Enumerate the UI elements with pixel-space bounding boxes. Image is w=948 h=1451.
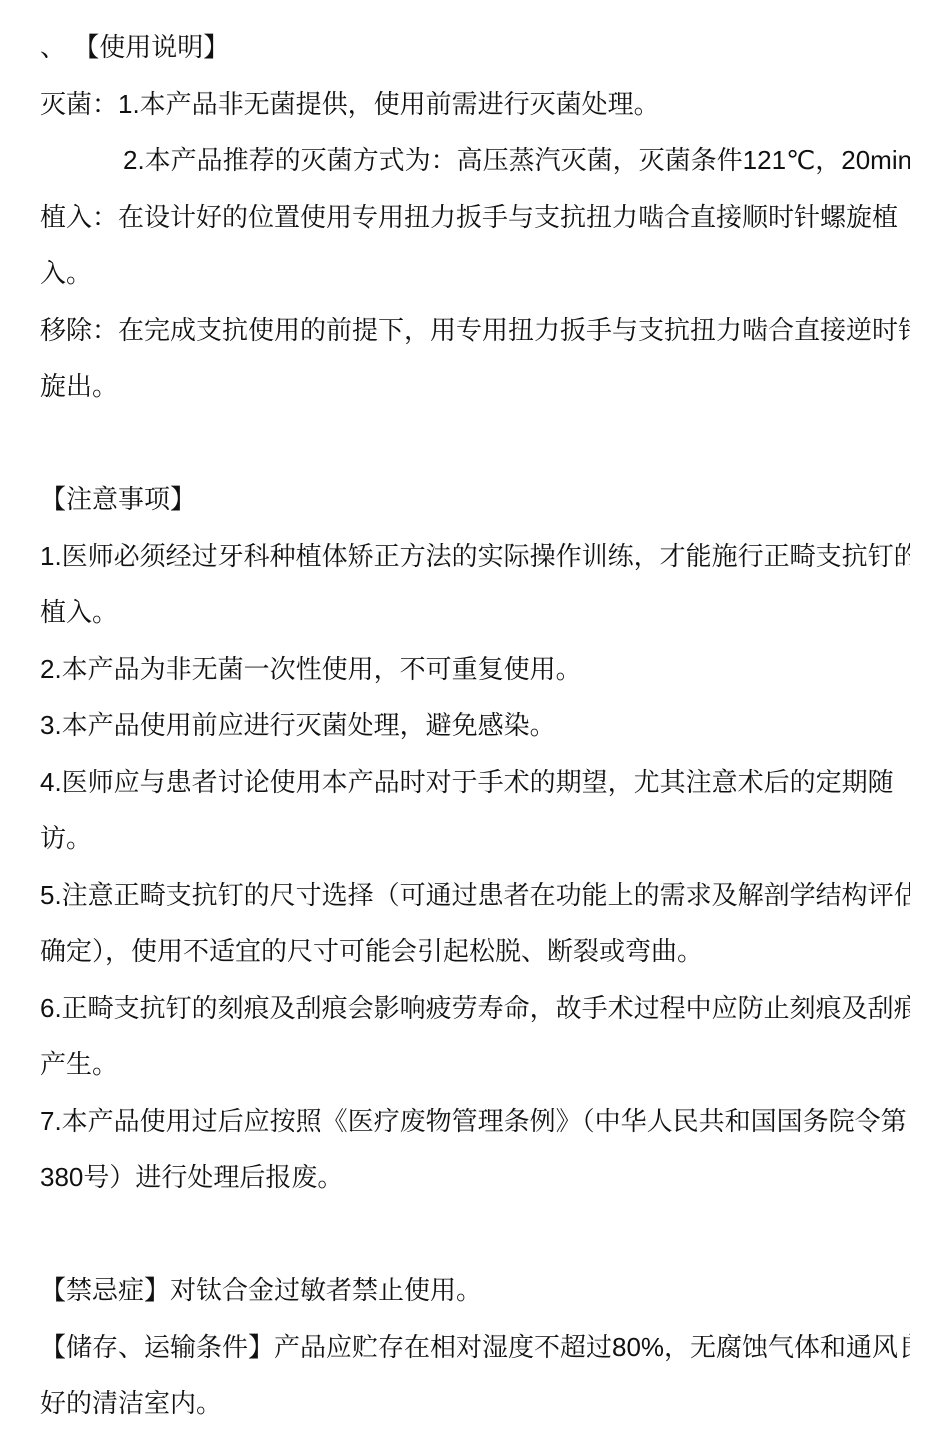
precaution-7-line-1: 7.本产品使用过后应按照《医疗废物管理条例》（中华人民共和国国务院令第 [40, 1093, 910, 1150]
contraindications-line: 【禁忌症】对钛合金过敏者禁止使用。 [40, 1262, 910, 1319]
precaution-6-line-1: 6.正畸支抗钉的刻痕及刮痕会影响疲劳寿命，故手术过程中应防止刻痕及刮痕 [40, 980, 910, 1037]
precaution-7-line-2: 380号）进行处理后报废。 [40, 1149, 910, 1206]
precaution-3: 3.本产品使用前应进行灭菌处理，避免感染。 [40, 697, 910, 754]
usage-line-implant-2: 入。 [40, 245, 910, 302]
precaution-1-line-2: 植入。 [40, 584, 910, 641]
usage-line-removal-2: 旋出。 [40, 358, 910, 415]
blank-line [40, 1206, 910, 1263]
storage-line-1: 【储存、运输条件】产品应贮存在相对湿度不超过80%，无腐蚀气体和通风良 [40, 1319, 910, 1376]
precaution-6-line-2: 产生。 [40, 1036, 910, 1093]
precaution-5-line-2: 确定），使用不适宜的尺寸可能会引起松脱、断裂或弯曲。 [40, 923, 910, 980]
precautions-section-heading: 【注意事项】 [40, 471, 910, 528]
storage-line-2: 好的清洁室内。 [40, 1375, 910, 1432]
precaution-1-line-1: 1.医师必须经过牙科种植体矫正方法的实际操作训练，才能施行正畸支抗钉的 [40, 528, 910, 585]
precaution-4-line-1: 4.医师应与患者讨论使用本产品时对于手术的期望，尤其注意术后的定期随 [40, 754, 910, 811]
usage-line-sterilization-2: 2.本产品推荐的灭菌方式为：高压蒸汽灭菌，灭菌条件121℃，20min [40, 132, 910, 189]
blank-line [40, 415, 910, 472]
usage-line-implant-1: 植入：在设计好的位置使用专用扭力扳手与支抗扭力啮合直接顺时针螺旋植 [40, 189, 910, 246]
precaution-4-line-2: 访。 [40, 810, 910, 867]
usage-line-sterilization-1: 灭菌：1.本产品非无菌提供，使用前需进行灭菌处理。 [40, 76, 910, 133]
document-page: 、 【使用说明】 灭菌：1.本产品非无菌提供，使用前需进行灭菌处理。 2.本产品… [0, 0, 948, 1451]
precaution-5-line-1: 5.注意正畸支抗钉的尺寸选择（可通过患者在功能上的需求及解剖学结构评估 [40, 867, 910, 924]
usage-section-heading: 、 【使用说明】 [40, 19, 910, 76]
usage-line-removal-1: 移除：在完成支抗使用的前提下，用专用扭力扳手与支抗扭力啮合直接逆时针 [40, 302, 910, 359]
precaution-2: 2.本产品为非无菌一次性使用，不可重复使用。 [40, 641, 910, 698]
